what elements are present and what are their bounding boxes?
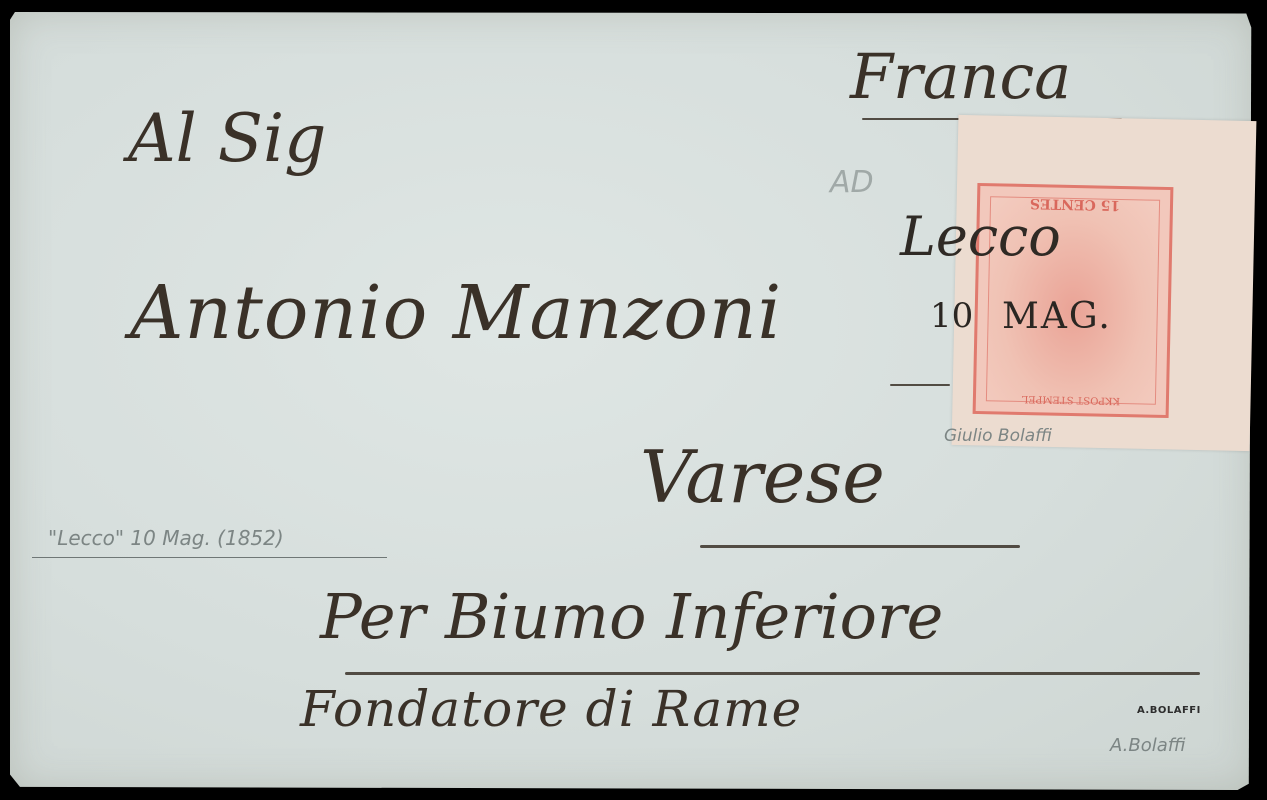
street-underline [345,672,1200,675]
address-street: Per Biumo Inferiore [320,580,943,653]
postmark-dash [890,384,950,386]
postmark-town: Lecco [900,205,1061,268]
salutation: Al Sig [128,100,326,177]
franking-note: Franca [850,40,1071,113]
expert-handstamp: A.BOLAFFI [1137,705,1201,716]
pencil-date-note: "Lecco" 10 Mag. (1852) [48,526,284,550]
pencil-signature: Giulio Bolaffi [944,426,1052,446]
postmark-day: 10 [930,296,973,336]
address-city: Varese [640,435,885,519]
postmark-month: MAG. [1002,296,1112,337]
addressee-name: Antonio Manzoni [130,270,782,356]
pencil-date-underline [32,557,387,558]
pencil-mark: AD [830,165,874,200]
city-underline [700,545,1020,548]
expert-signature: A.Bolaffi [1110,735,1186,756]
addressee-occupation: Fondatore di Rame [300,680,802,738]
